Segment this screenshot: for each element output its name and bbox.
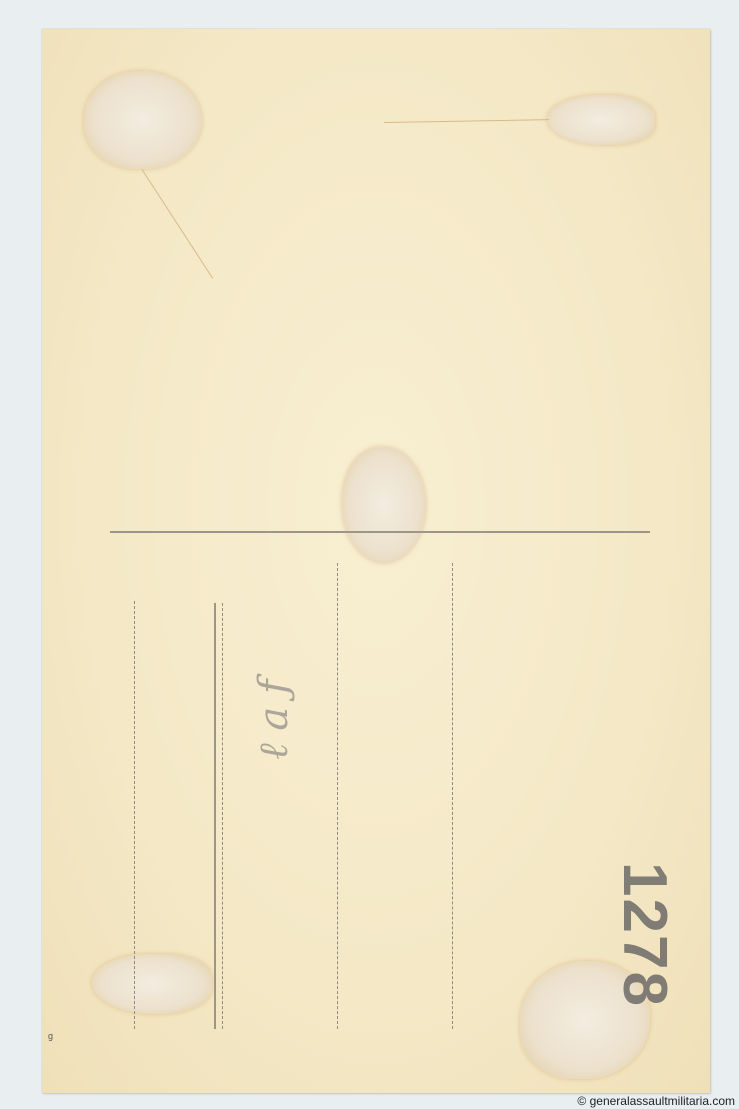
column-line: [452, 563, 453, 1029]
glue-remnant-top-right: [547, 95, 655, 145]
pencil-number: 1278: [609, 862, 680, 1008]
watermark: © generalassaultmilitaria.com: [577, 1094, 735, 1108]
glue-remnant-bottom-left: [92, 954, 212, 1014]
glue-remnant-top-left: [84, 71, 202, 169]
glue-remnant-center: [342, 447, 426, 563]
crease-line: [384, 119, 549, 123]
horizontal-divider: [110, 531, 650, 533]
crease-line: [142, 169, 214, 279]
column-line: [134, 601, 135, 1029]
pencil-note: ℓ a ƒ: [250, 679, 297, 760]
column-line: [214, 603, 216, 1029]
column-line: [222, 603, 223, 1029]
corner-mark: g: [48, 1031, 53, 1041]
column-line: [337, 563, 338, 1029]
